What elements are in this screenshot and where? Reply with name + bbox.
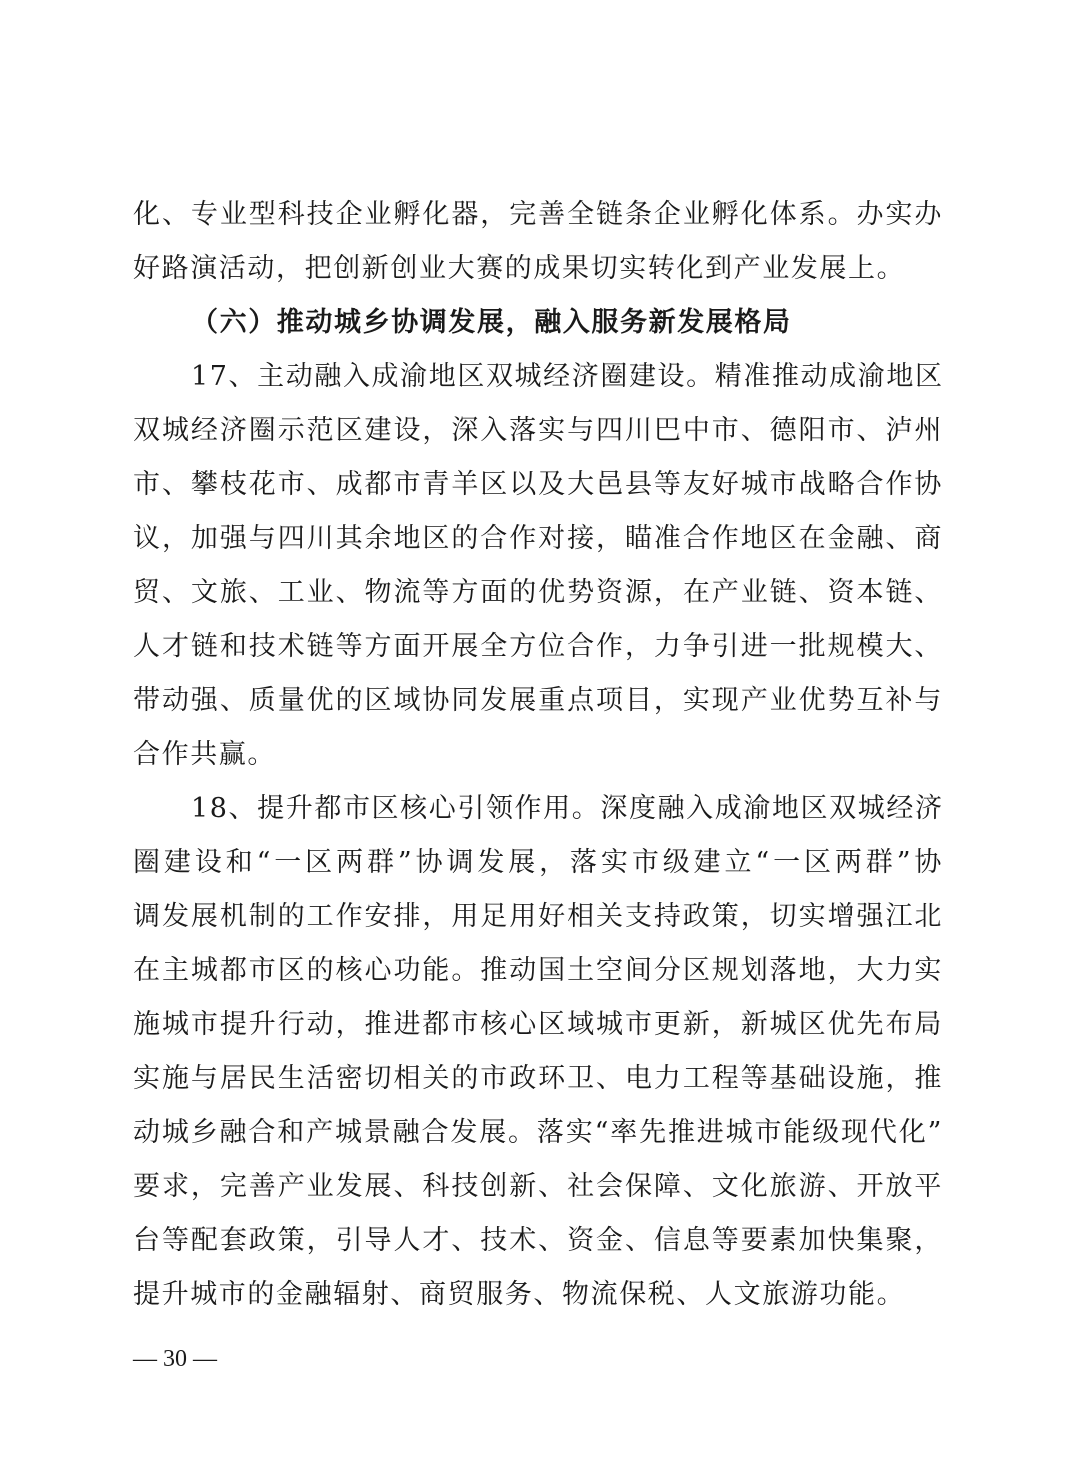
- paragraph-line: 施城市提升行动，推进都市核心区域城市更新，新城区优先布局: [133, 998, 943, 1052]
- paragraph-line: 好路演活动，把创新创业大赛的成果切实转化到产业发展上。: [133, 242, 943, 296]
- paragraph-line: 贸、文旅、工业、物流等方面的优势资源，在产业链、资本链、: [133, 566, 943, 620]
- paragraph-line: 化、专业型科技企业孵化器，完善全链条企业孵化体系。办实办: [133, 188, 943, 242]
- paragraph-line: 台等配套政策，引导人才、技术、资金、信息等要素加快集聚，: [133, 1214, 943, 1268]
- paragraph-line: 双城经济圈示范区建设，深入落实与四川巴中市、德阳市、泸州: [133, 404, 943, 458]
- paragraph-line: 带动强、质量优的区域协同发展重点项目，实现产业优势互补与: [133, 674, 943, 728]
- paragraph-line: 动城乡融合和产城景融合发展。落实“率先推进城市能级现代化”: [133, 1106, 943, 1160]
- section-heading: （六）推动城乡协调发展，融入服务新发展格局: [133, 296, 943, 350]
- page-number: — 30 —: [133, 1346, 217, 1373]
- paragraph-line: 市、攀枝花市、成都市青羊区以及大邑县等友好城市战略合作协: [133, 458, 943, 512]
- paragraph-line: 人才链和技术链等方面开展全方位合作，力争引进一批规模大、: [133, 620, 943, 674]
- paragraph-line: 议，加强与四川其余地区的合作对接，瞄准合作地区在金融、商: [133, 512, 943, 566]
- paragraph-line: 调发展机制的工作安排，用足用好相关支持政策，切实增强江北: [133, 890, 943, 944]
- paragraph-line: 在主城都市区的核心功能。推动国土空间分区规划落地，大力实: [133, 944, 943, 998]
- paragraph-line: 合作共赢。: [133, 728, 943, 782]
- document-page: 化、专业型科技企业孵化器，完善全链条企业孵化体系。办实办 好路演活动，把创新创业…: [0, 0, 1074, 1458]
- paragraph-line: 18、提升都市区核心引领作用。深度融入成渝地区双城经济: [133, 782, 943, 836]
- body-text: 化、专业型科技企业孵化器，完善全链条企业孵化体系。办实办 好路演活动，把创新创业…: [133, 188, 943, 1322]
- paragraph-line: 17、主动融入成渝地区双城经济圈建设。精准推动成渝地区: [133, 350, 943, 404]
- paragraph-line: 要求，完善产业发展、科技创新、社会保障、文化旅游、开放平: [133, 1160, 943, 1214]
- paragraph-line: 提升城市的金融辐射、商贸服务、物流保税、人文旅游功能。: [133, 1268, 943, 1322]
- paragraph-line: 圈建设和“一区两群”协调发展，落实市级建立“一区两群”协: [133, 836, 943, 890]
- paragraph-line: 实施与居民生活密切相关的市政环卫、电力工程等基础设施，推: [133, 1052, 943, 1106]
